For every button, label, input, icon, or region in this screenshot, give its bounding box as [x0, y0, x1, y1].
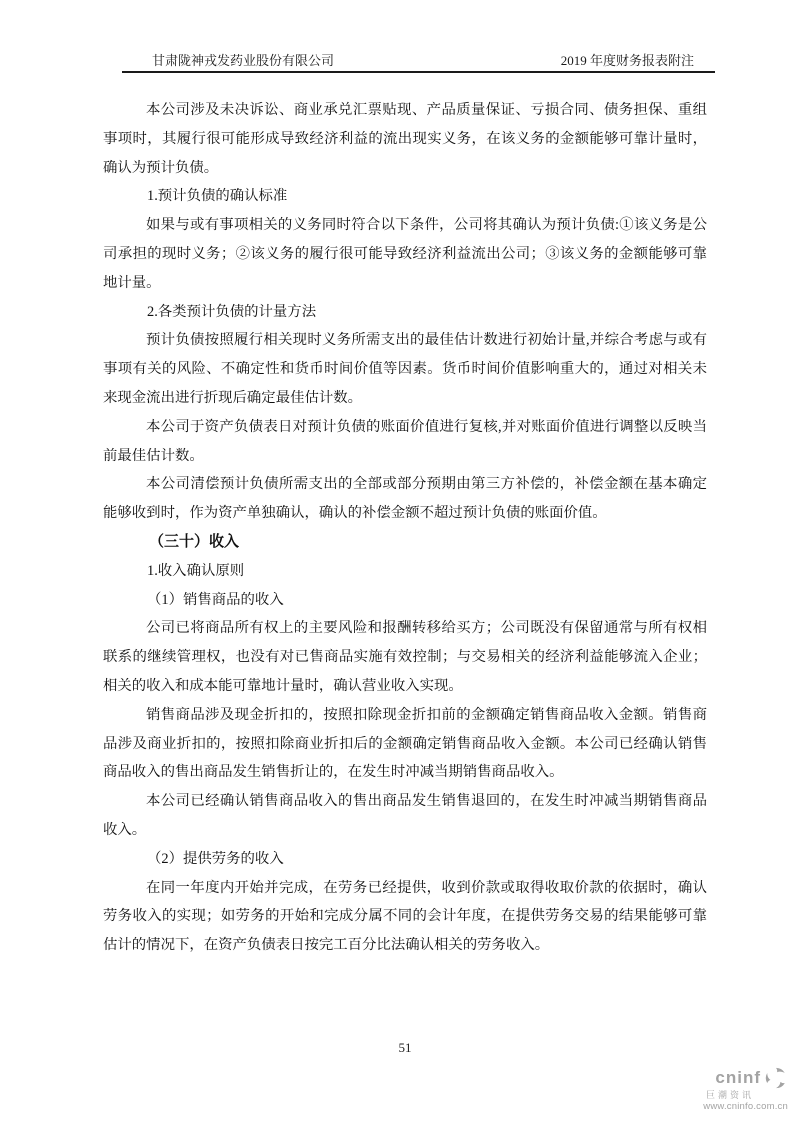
paragraph: 本公司于资产负债表日对预计负债的账面价值进行复核,并对账面价值进行调整以反映当前…	[103, 413, 707, 471]
paragraph: 在同一年度内开始并完成，在劳务已经提供，收到价款或取得收取价款的依据时，确认劳务…	[103, 874, 707, 960]
cninfo-brand-text: cninf	[715, 1066, 761, 1090]
section-heading: （三十）收入	[103, 528, 707, 557]
paragraph: 1.收入确认原则	[103, 557, 707, 586]
paragraph: 销售商品涉及现金折扣的，按照扣除现金折扣前的金额确定销售商品收入金额。销售商品涉…	[103, 701, 707, 787]
paragraph: 公司已将商品所有权上的主要风险和报酬转移给买方；公司既没有保留通常与所有权相联系…	[103, 614, 707, 700]
page-header: 甘肃陇神戎发药业股份有限公司 2019 年度财务报表附注	[122, 49, 715, 73]
header-company-name: 甘肃陇神戎发药业股份有限公司	[122, 51, 334, 71]
paragraph: 本公司已经确认销售商品收入的售出商品发生销售退回的，在发生时冲减当期销售商品收入…	[103, 787, 707, 845]
cninfo-swirl-icon	[764, 1066, 788, 1090]
paragraph: 预计负债按照履行相关现时义务所需支出的最佳估计数进行初始计量,并综合考虑与或有事…	[103, 326, 707, 412]
paragraph: （1）销售商品的收入	[103, 586, 707, 615]
paragraph: （2）提供劳务的收入	[103, 845, 707, 874]
paragraph: 本公司涉及未决诉讼、商业承兑汇票贴现、产品质量保证、亏损合同、债务担保、重组事项…	[103, 96, 707, 182]
header-doc-title: 2019 年度财务报表附注	[561, 51, 715, 71]
paragraph: 2.各类预计负债的计量方法	[103, 298, 707, 327]
page-number: 51	[103, 1040, 707, 1056]
cninfo-logo-row: cninf	[638, 1066, 788, 1090]
paragraph: 本公司清偿预计负债所需支出的全部或部分预期由第三方补偿的，补偿金额在基本确定能够…	[103, 470, 707, 528]
paragraph: 如果与或有事项相关的义务同时符合以下条件，公司将其确认为预计负债:①该义务是公司…	[103, 211, 707, 297]
cninfo-logo: cninf 巨潮资讯 www.cninfo.com.cn	[638, 1066, 788, 1112]
document-body: 本公司涉及未决诉讼、商业承兑汇票贴现、产品质量保证、亏损合同、债务担保、重组事项…	[103, 96, 707, 960]
cninfo-subtitle: 巨潮资讯	[638, 1090, 788, 1101]
document-page: 甘肃陇神戎发药业股份有限公司 2019 年度财务报表附注 本公司涉及未决诉讼、商…	[0, 0, 793, 1122]
cninfo-url: www.cninfo.com.cn	[638, 1101, 788, 1112]
paragraph: 1.预计负债的确认标准	[103, 182, 707, 211]
